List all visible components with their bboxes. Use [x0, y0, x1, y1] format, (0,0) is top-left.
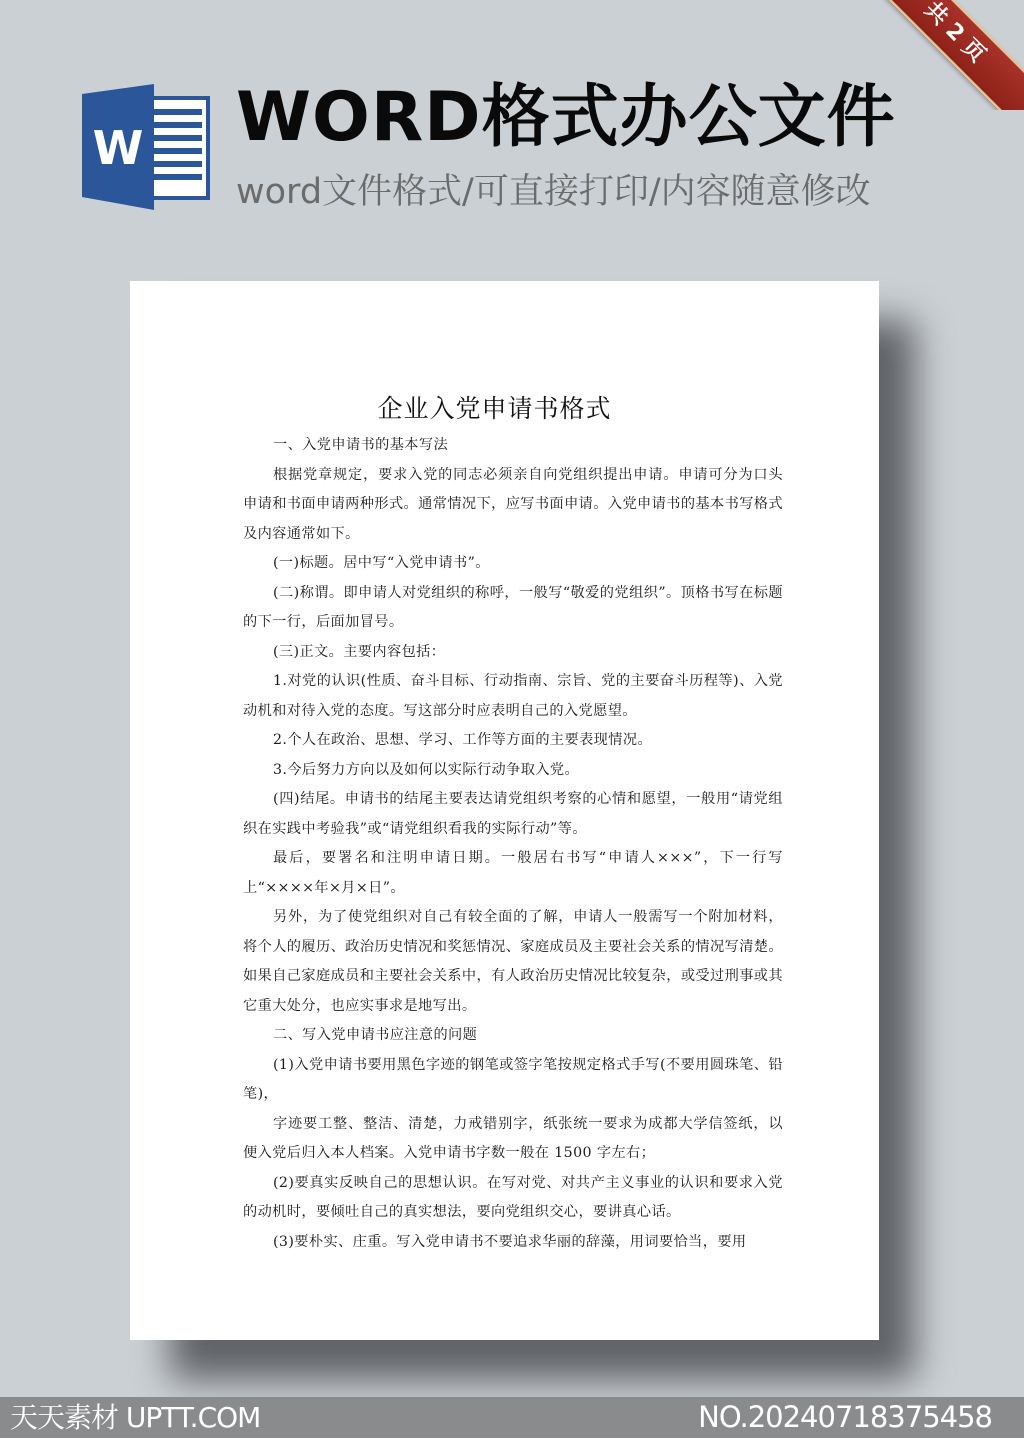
- paragraph: (1)入党申请书要用黑色字迹的钢笔或签字笔按规定格式手写(不要用圆珠笔、铅笔)，: [243, 1051, 783, 1110]
- paragraph: (三)正文。主要内容包括：: [243, 638, 783, 668]
- brand-label: 天天素材 UPTT.COM: [10, 1397, 260, 1438]
- svg-text:W: W: [93, 121, 144, 175]
- paragraph: 2.个人在政治、思想、学习、工作等方面的主要表现情况。: [243, 726, 783, 756]
- paragraph: (四)结尾。申请书的结尾主要表达请党组织考察的心情和愿望，一般用“请党组织在实践…: [243, 785, 783, 844]
- paragraph: 3.今后努力方向以及如何以实际行动争取入党。: [243, 756, 783, 786]
- page-count-label: 共 2 页: [913, 0, 995, 74]
- paragraph: (二)称谓。即申请人对党组织的称呼，一般写“敬爱的党组织”。顶格书写在标题的下一…: [243, 579, 783, 638]
- serial-number: NO.20240718375458: [698, 1397, 992, 1438]
- section-heading: 一、入党申请书的基本写法: [243, 431, 783, 461]
- section-heading: 二、写入党申请书应注意的问题: [243, 1021, 783, 1051]
- paragraph: 另外，为了使党组织对自己有较全面的了解，申请人一般需写一个附加材料，将个人的履历…: [243, 903, 783, 1021]
- word-app-icon: W: [82, 84, 212, 210]
- paragraph: 根据党章规定，要求入党的同志必须亲自向党组织提出申请。申请可分为口头申请和书面申…: [243, 461, 783, 550]
- document-page: 企业入党申请书格式 一、入党申请书的基本写法 根据党章规定，要求入党的同志必须亲…: [130, 281, 879, 1340]
- paragraph: 1.对党的认识(性质、奋斗目标、行动指南、宗旨、党的主要奋斗历程等)、入党动机和…: [243, 667, 783, 726]
- page-count-ribbon: 共 2 页: [874, 0, 1024, 110]
- document-body: 一、入党申请书的基本写法 根据党章规定，要求入党的同志必须亲自向党组织提出申请。…: [243, 431, 783, 1257]
- paragraph: 字迹要工整、整洁、清楚，力戒错别字，纸张统一要求为成都大学信签纸，以便入党后归入…: [243, 1110, 783, 1169]
- paragraph: 最后，要署名和注明申请日期。一般居右书写“申请人×××”，下一行写上“××××年…: [243, 844, 783, 903]
- hero-title: WORD格式办公文件: [236, 78, 896, 158]
- document-title: 企业入党申请书格式: [130, 389, 879, 425]
- paragraph: (一)标题。居中写“入党申请书”。: [243, 549, 783, 579]
- footer-bar: 天天素材 UPTT.COM NO.20240718375458: [0, 1397, 1024, 1438]
- hero-subtitle: word文件格式/可直接打印/内容随意修改: [236, 168, 871, 216]
- paragraph: (2)要真实反映自己的思想认识。在写对党、对共产主义事业的认识和要求入党的动机时…: [243, 1169, 783, 1228]
- paragraph: (3)要朴实、庄重。写入党申请书不要追求华丽的辞藻，用词要恰当，要用: [243, 1228, 783, 1258]
